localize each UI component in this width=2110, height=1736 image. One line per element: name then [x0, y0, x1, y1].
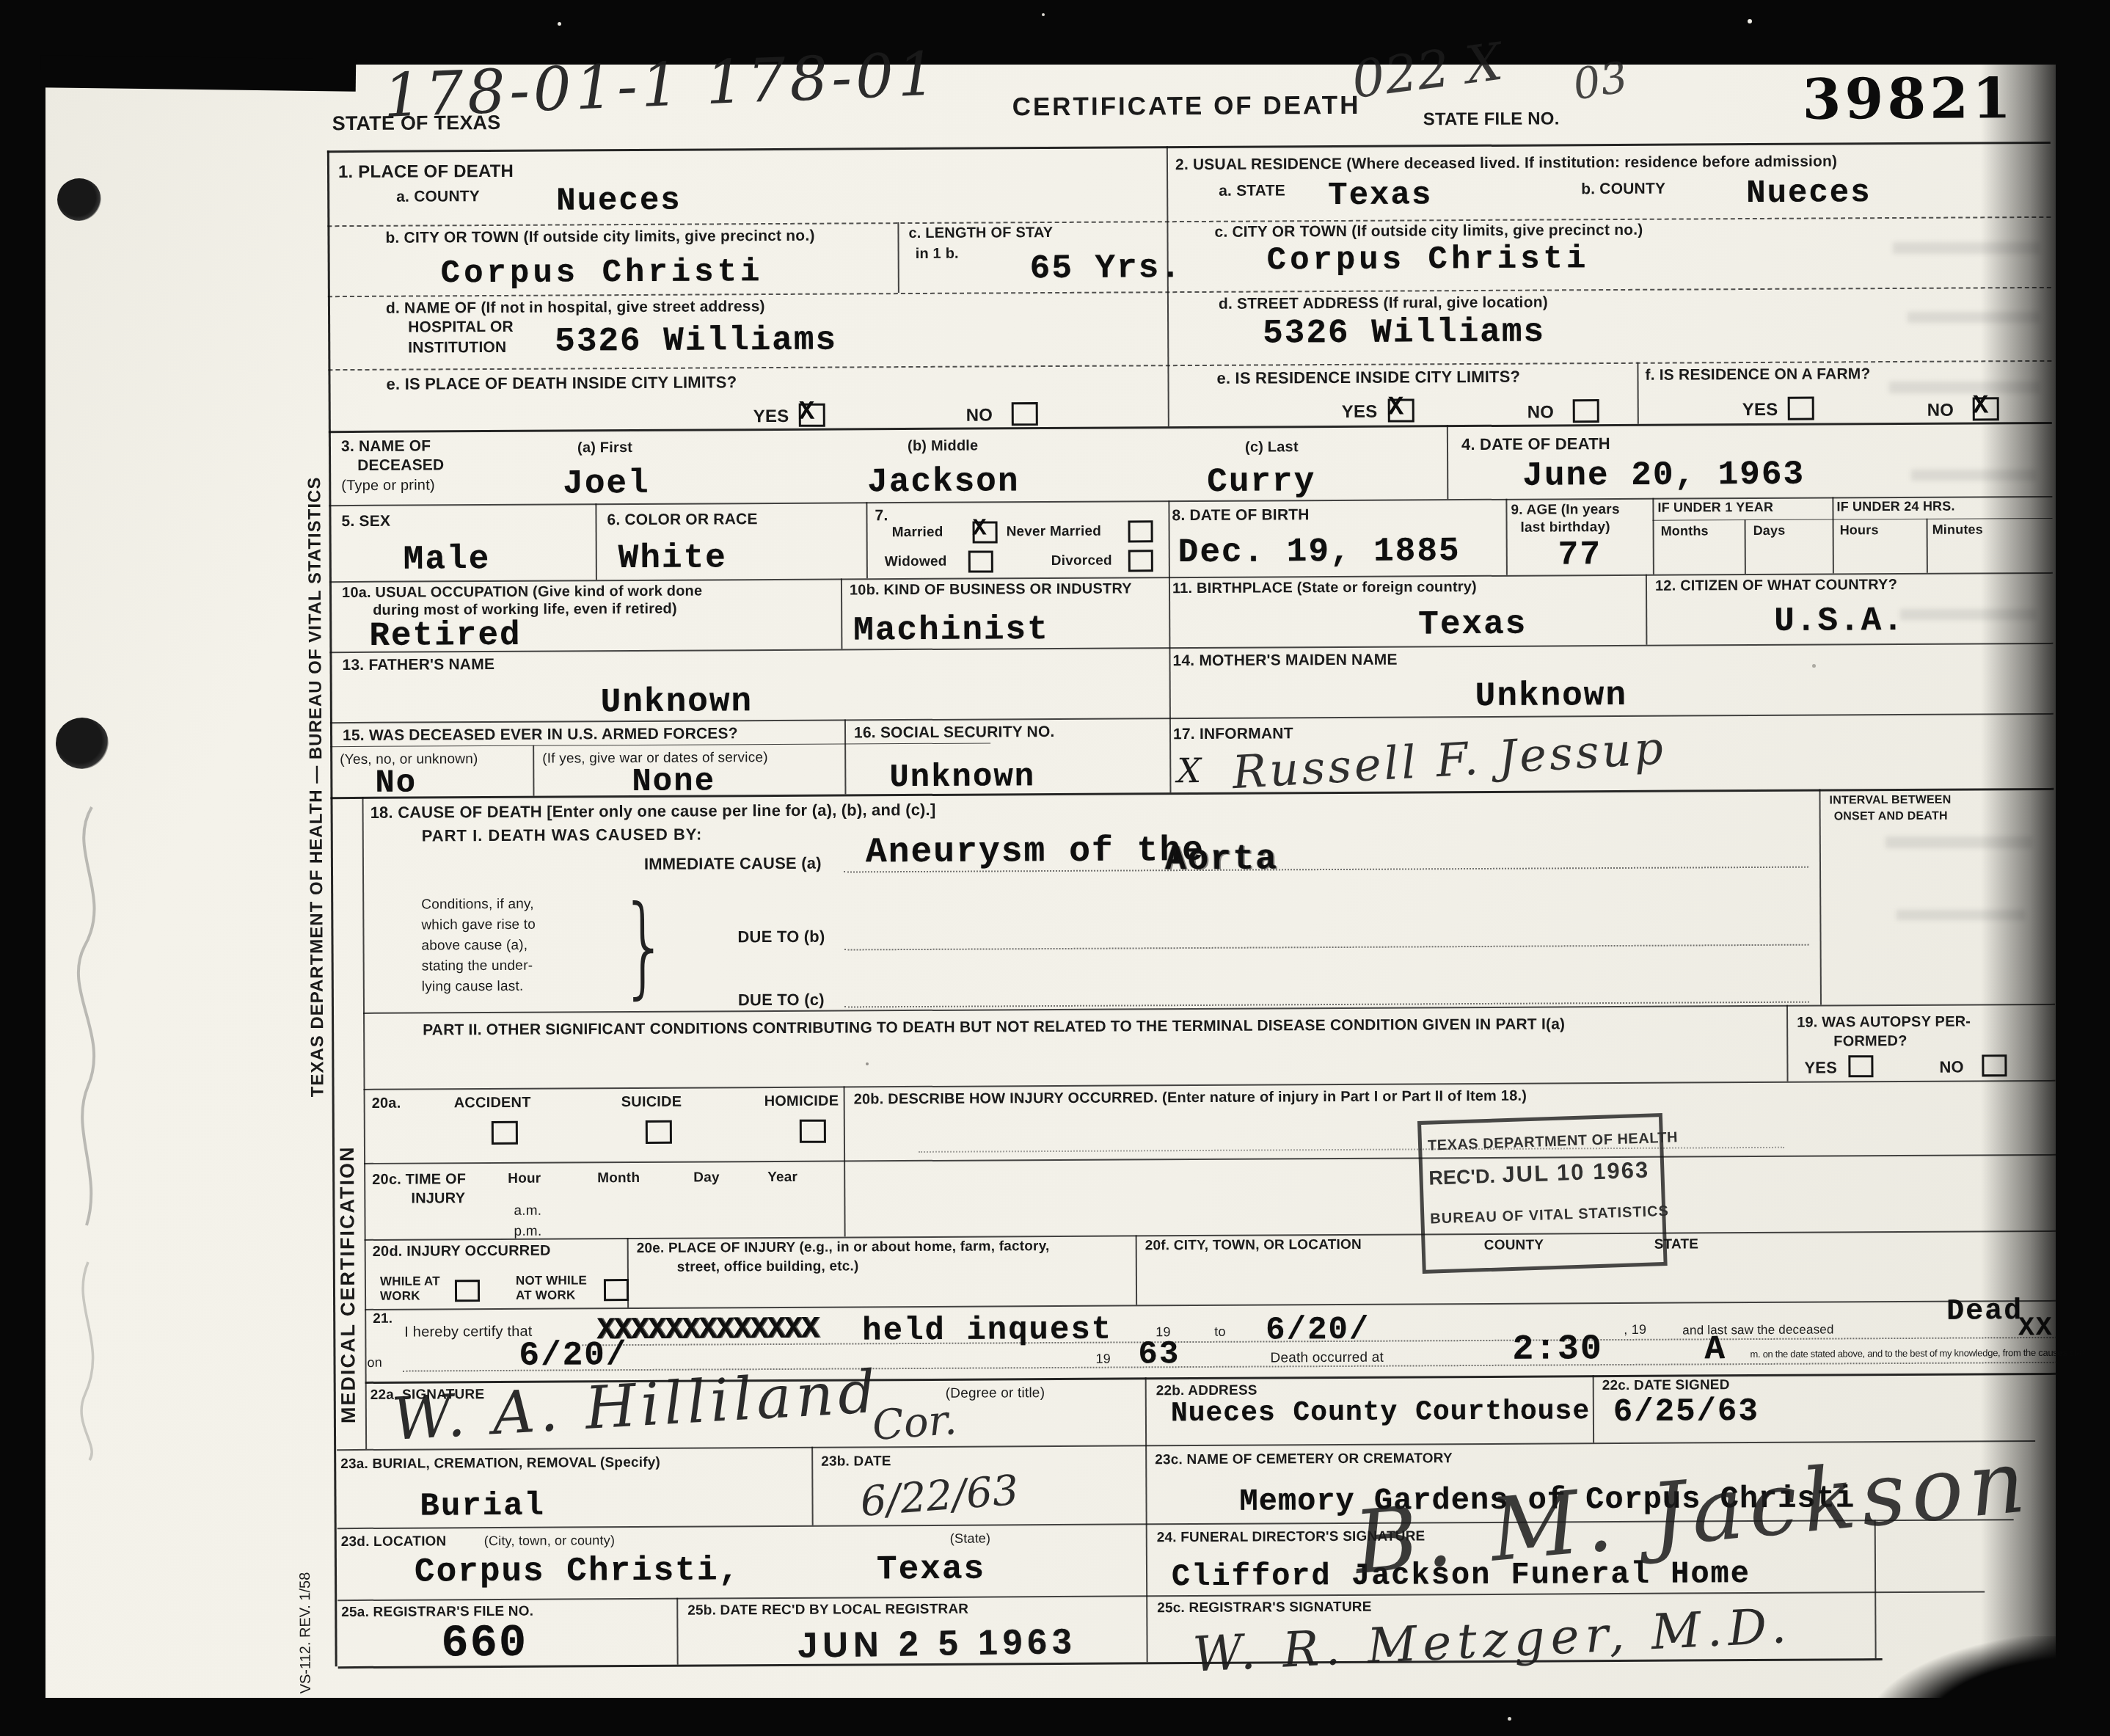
divider-line: [1786, 1005, 1789, 1082]
date-recd-label: 25b. DATE REC'D BY LOCAL REGISTRAR: [687, 1602, 968, 1619]
due-to-b-label: DUE TO (b): [737, 927, 825, 947]
divider-line: [866, 502, 868, 578]
day-label: Day: [693, 1170, 720, 1186]
date-of-death-value: June 20, 1963: [1522, 456, 1805, 495]
death-limits-yes-label: YES: [753, 406, 789, 427]
death-occurred-label: Death occurred at: [1270, 1350, 1384, 1367]
date-on-value: 6/20/: [519, 1336, 627, 1375]
burial-date-value: 6/22/63: [858, 1467, 1020, 1526]
divider-line: [1745, 519, 1746, 574]
divider-line: [329, 643, 2053, 653]
divider-line: [364, 1080, 2056, 1090]
item-20c-label: 20c. TIME OF: [372, 1171, 466, 1189]
suicide-label: SUICIDE: [621, 1094, 682, 1111]
year-blank-2: , 19: [1624, 1322, 1646, 1338]
registrar-file-no-value: 660: [441, 1617, 527, 1670]
degree-value: Cor.: [871, 1396, 959, 1450]
age-label: 9. AGE (In years: [1511, 502, 1619, 519]
immediate-cause-label: IMMEDIATE CAUSE (a): [644, 854, 822, 874]
death-city-limits-label: e. IS PLACE OF DEATH INSIDE CITY LIMITS?: [386, 373, 737, 393]
age-value: 77: [1558, 536, 1602, 574]
middle-name-value: Jackson: [867, 462, 1020, 501]
certify-text: I hereby certify that: [404, 1324, 532, 1341]
death-limits-no-label: NO: [966, 405, 993, 426]
dust-speck: [1748, 19, 1752, 23]
location-state-value: Texas: [877, 1550, 985, 1589]
residence-county-label: b. COUNTY: [1581, 180, 1665, 199]
part1-label: PART I. DEATH WAS CAUSED BY:: [422, 825, 703, 845]
divider-line: [1136, 1235, 1137, 1305]
middle-name-label: (b) Middle: [908, 438, 979, 456]
homicide-checkbox: [800, 1120, 826, 1143]
last-name-label: (c) Last: [1245, 439, 1299, 456]
autopsy-yes-checkbox: [1848, 1055, 1873, 1077]
form-left-border: [327, 150, 337, 1666]
residence-state-label: a. STATE: [1219, 182, 1285, 200]
date-signed-value: 6/25/63: [1613, 1393, 1759, 1431]
not-while-at-work-label: NOT WHILE: [516, 1273, 587, 1288]
divider-line: [1505, 499, 1508, 575]
certifier-signature: W. A. Hilliland: [390, 1357, 882, 1454]
sex-value: Male: [404, 540, 491, 579]
city-of-death-value: Corpus Christi: [441, 254, 764, 292]
date-of-birth-label: 8. DATE OF BIRTH: [1172, 506, 1309, 525]
certificate-title: CERTIFICATE OF DEATH: [1012, 91, 1360, 123]
year-19-label: 19: [1095, 1352, 1111, 1367]
divider-line: [1637, 362, 1638, 424]
armed-forces-label: 15. WAS DECEASED EVER IN U.S. ARMED FORC…: [343, 725, 738, 745]
pm-label: p.m.: [514, 1224, 542, 1240]
degree-or-title-label: (Degree or title): [946, 1385, 1045, 1402]
while-at-work-label-2: WORK: [380, 1289, 420, 1304]
received-stamp-line3: BUREAU OF VITAL STATISTICS: [1430, 1203, 1669, 1228]
item-20e-label: 20e. PLACE OF INJURY (e.g., in or about …: [637, 1239, 1050, 1257]
divider-line: [364, 1154, 2056, 1164]
divider-line: [1819, 789, 1822, 1005]
never-married-checkbox: [1128, 520, 1153, 542]
street-address-value: 5326 Williams: [1263, 313, 1545, 352]
days-label: Days: [1753, 523, 1786, 539]
name-of-deceased-label: 3. NAME OF: [341, 437, 431, 456]
occupation-value: Retired: [369, 616, 522, 655]
autopsy-label-2: FORMED?: [1833, 1033, 1907, 1051]
divider-line: [1652, 498, 1654, 575]
age-label-2: last birthday): [1521, 519, 1610, 536]
divider-line: [365, 1300, 2056, 1310]
residence-city-label: c. CITY OR TOWN (If outside city limits,…: [1214, 222, 1643, 241]
divider-line: [841, 579, 843, 649]
registrar-signature-label: 25c. REGISTRAR'S SIGNATURE: [1157, 1600, 1371, 1616]
divider-line: [1145, 1377, 1148, 1662]
last-name-value: Curry: [1207, 462, 1315, 501]
item-20a-label: 20a.: [372, 1095, 401, 1112]
residence-limits-no-checkbox: [1573, 399, 1599, 423]
divider-line: [1927, 519, 1928, 573]
armed-forces-value: No: [375, 765, 417, 802]
industry-value: Machinist: [853, 610, 1049, 649]
mother-name-value: Unknown: [1475, 676, 1628, 715]
scan-corner-shadow: [1878, 1636, 2110, 1736]
conditions-note-3: above cause (a),: [421, 938, 527, 955]
accident-label: ACCIDENT: [454, 1095, 531, 1112]
conditions-note-2: which gave rise to: [421, 917, 536, 934]
city-of-death-label: b. CITY OR TOWN (If outside city limits,…: [385, 227, 814, 247]
if-under-1-year-label: IF UNDER 1 YEAR: [1657, 500, 1773, 516]
if-under-24-hrs-label: IF UNDER 24 HRS.: [1836, 499, 1954, 515]
farm-no-label: NO: [1927, 401, 1954, 421]
handwritten-code-2: 03: [1569, 52, 1631, 110]
date-recd-stamp-value: JUN 2 5 1963: [797, 1622, 1077, 1666]
name-of-deceased-label-3: (Type or print): [341, 477, 435, 495]
marital-status-label: 7.: [875, 507, 888, 525]
item-20c-label-2: INJURY: [411, 1190, 465, 1207]
immediate-cause-value-overstrike: Aorta: [1165, 839, 1278, 880]
date-to-value: 6/20/: [1266, 1312, 1370, 1349]
race-label: 6. COLOR OR RACE: [607, 511, 757, 529]
divider-line: [1447, 425, 1449, 499]
paper-fleck: [1812, 664, 1816, 668]
x-mark: X: [972, 514, 986, 541]
hospital-label: d. NAME OF (If not in hospital, give str…: [386, 298, 765, 318]
while-at-work-checkbox: [455, 1280, 480, 1302]
length-of-stay-value: 65 Yrs.: [1030, 249, 1183, 288]
not-while-at-work-label-2: AT WORK: [516, 1288, 575, 1302]
minutes-label: Minutes: [1932, 522, 1984, 537]
hour-label: Hour: [508, 1171, 541, 1187]
usual-residence-section-label: 2. USUAL RESIDENCE (Where deceased lived…: [1175, 153, 1837, 174]
interval-label-2: ONSET AND DEATH: [1834, 810, 1948, 824]
informant-x-mark: X: [1177, 751, 1201, 790]
first-name-value: Joel: [563, 464, 650, 503]
residence-city-limits-label: e. IS RESIDENCE INSIDE CITY LIMITS?: [1216, 368, 1520, 387]
hospital-label-2: HOSPITAL OR: [408, 318, 514, 337]
part2-label: PART II. OTHER SIGNIFICANT CONDITIONS CO…: [423, 1015, 1565, 1039]
divorced-checkbox: [1128, 550, 1153, 572]
conditions-note-5: lying cause last.: [422, 979, 524, 996]
name-of-deceased-label-2: DECEASED: [357, 456, 444, 475]
x-mark: X: [1388, 393, 1404, 423]
received-stamp-line2b: JUL 10 1963: [1502, 1157, 1650, 1189]
industry-label: 10b. KIND OF BUSINESS OR INDUSTRY: [850, 580, 1132, 599]
date-of-birth-value: Dec. 19, 1885: [1178, 532, 1461, 572]
widowed-checkbox: [968, 550, 993, 572]
location-sublabel-city: (City, town, or county): [484, 1533, 615, 1549]
race-value: White: [618, 539, 727, 577]
armed-forces-service-value: None: [632, 763, 715, 800]
divorced-label: Divorced: [1051, 553, 1112, 569]
burial-value: Burial: [420, 1488, 545, 1525]
while-at-work-label: WHILE AT: [380, 1274, 440, 1288]
item-20e-label-2: street, office building, etc.): [677, 1258, 859, 1275]
autopsy-label-1: 19. WAS AUTOPSY PER-: [1797, 1013, 1971, 1031]
held-inquest-value: held inquest: [862, 1312, 1112, 1350]
months-label: Months: [1661, 523, 1709, 539]
divider-line: [327, 142, 2051, 153]
citizen-value: U.S.A.: [1774, 602, 1905, 641]
date-signed-label: 22c. DATE SIGNED: [1602, 1377, 1730, 1394]
father-name-label: 13. FATHER'S NAME: [342, 656, 494, 674]
am-pm-value: A: [1704, 1330, 1726, 1368]
death-limits-no-checkbox: [1012, 402, 1038, 426]
month-label: Month: [597, 1170, 640, 1186]
item-21-label: 21.: [373, 1311, 393, 1327]
citizen-label: 12. CITIZEN OF WHAT COUNTRY?: [1655, 577, 1897, 595]
farm-yes-checkbox: [1788, 397, 1814, 420]
divider-line: [1593, 1375, 1594, 1443]
year-63-value: 63: [1138, 1336, 1180, 1373]
never-married-label: Never Married: [1007, 524, 1101, 541]
divider-line: [811, 1447, 814, 1525]
x-mark: X: [799, 397, 815, 427]
item-20f-label: 20f. CITY, TOWN, OR LOCATION: [1145, 1237, 1362, 1254]
brace-glyph: }: [619, 883, 669, 1010]
divider-line: [1832, 497, 1834, 573]
residence-limits-yes-label: YES: [1342, 402, 1378, 423]
immediate-cause-value: Aneurysm of the: [866, 831, 1205, 872]
ssn-value: Unknown: [889, 759, 1035, 796]
address-value: Nueces County Courthouse: [1171, 1396, 1591, 1429]
item-20d-label: 20d. INJURY OCCURRED: [373, 1243, 551, 1261]
paper-fleck: [866, 1062, 869, 1065]
divider-line: [329, 422, 2052, 433]
county-of-death-label: a. COUNTY: [396, 188, 480, 206]
informant-signature: Russell F. Jessup: [1231, 721, 1668, 799]
handwritten-file-numbers: 178-01-1 178-01: [382, 40, 941, 131]
dust-speck: [558, 22, 561, 26]
autopsy-yes-label: YES: [1804, 1058, 1837, 1077]
first-name-label: (a) First: [577, 440, 632, 456]
to-label: to: [1214, 1324, 1226, 1340]
item-20b-label: 20b. DESCRIBE HOW INJURY OCCURRED. (Ente…: [854, 1088, 1527, 1109]
year-label: Year: [767, 1170, 797, 1186]
sex-label: 5. SEX: [341, 513, 390, 530]
form-code-vertical-label: VS-112. REV. 1/58: [297, 1533, 315, 1693]
residence-state-value: Texas: [1328, 177, 1432, 214]
farm-yes-label: YES: [1742, 400, 1778, 420]
divider-line: [362, 797, 367, 1449]
birthplace-value: Texas: [1418, 605, 1527, 644]
handwritten-code: 022 X: [1348, 32, 1505, 110]
burial-date-label: 23b. DATE: [821, 1454, 891, 1470]
date-of-death-label: 4. DATE OF DEATH: [1461, 434, 1610, 453]
location-label: 23d. LOCATION: [341, 1533, 447, 1550]
residence-county-value: Nueces: [1746, 175, 1872, 212]
father-name-value: Unknown: [601, 682, 753, 721]
burial-label: 23a. BURIAL, CREMATION, REMOVAL (Specify…: [340, 1455, 660, 1473]
fill-in-line: [844, 944, 1809, 951]
informant-label: 17. INFORMANT: [1173, 725, 1293, 743]
time-value: 2:30: [1512, 1330, 1602, 1370]
state-file-no-label: STATE FILE NO.: [1423, 109, 1560, 130]
location-city-value: Corpus Christi,: [415, 1551, 740, 1591]
widowed-label: Widowed: [885, 554, 947, 570]
hospital-value: 5326 Williams: [555, 321, 837, 361]
due-to-c-label: DUE TO (c): [738, 991, 825, 1010]
dust-speck: [1042, 13, 1045, 16]
hours-label: Hours: [1840, 522, 1879, 538]
residence-limits-no-label: NO: [1527, 402, 1555, 423]
divider-line: [1646, 575, 1648, 645]
county-of-death-value: Nueces: [556, 183, 682, 220]
not-while-at-work-checkbox: [604, 1279, 629, 1301]
birthplace-label: 11. BIRTHPLACE (State or foreign country…: [1172, 579, 1477, 597]
death-limits-yes-checkbox: X: [799, 404, 825, 427]
autopsy-no-label: NO: [1939, 1058, 1964, 1076]
scan-edge-shadow: [40, 55, 357, 91]
place-of-death-section-label: 1. PLACE OF DEATH: [338, 161, 514, 183]
married-label: Married: [892, 525, 943, 541]
location-sublabel-state: (State): [950, 1531, 991, 1546]
length-of-stay-label: c. LENGTH OF STAY: [908, 225, 1053, 242]
received-stamp-line2a: REC'D.: [1428, 1165, 1495, 1190]
residence-farm-label: f. IS RESIDENCE ON A FARM?: [1645, 365, 1870, 384]
length-of-stay-sublabel: in 1 b.: [916, 246, 959, 263]
conditions-note-1: Conditions, if any,: [421, 897, 534, 913]
accident-checkbox: [492, 1121, 518, 1145]
residence-limits-yes-checkbox: X: [1388, 398, 1414, 422]
mother-name-label: 14. MOTHER'S MAIDEN NAME: [1172, 652, 1397, 671]
received-stamp-line1: TEXAS DEPARTMENT OF HEALTH: [1428, 1129, 1679, 1154]
ssn-label: 16. SOCIAL SECURITY NO.: [854, 723, 1055, 743]
dust-speck: [1508, 1717, 1511, 1721]
divider-line: [330, 713, 2054, 723]
interval-label-1: INTERVAL BETWEEN: [1829, 794, 1951, 808]
cemetery-label: 23c. NAME OF CEMETERY OR CREMATORY: [1155, 1451, 1453, 1468]
divider-line: [897, 222, 899, 293]
received-stamp: TEXAS DEPARTMENT OF HEALTH REC'D. JUL 10…: [1417, 1113, 1668, 1274]
divider-line: [533, 745, 534, 796]
divider-line: [844, 719, 847, 794]
left-margin-vertical-label: TEXAS DEPARTMENT OF HEALTH — BUREAU OF V…: [304, 319, 329, 1097]
on-label: on: [367, 1355, 382, 1371]
strikeout-xs: XXXXXXXXXXXXX: [596, 1312, 818, 1349]
residence-city-value: Corpus Christi: [1267, 241, 1590, 279]
am-label: a.m.: [514, 1203, 541, 1219]
married-checkbox: X: [973, 521, 998, 543]
medical-certification-vertical-label: MEDICAL CERTIFICATION: [335, 950, 360, 1423]
suicide-checkbox: [646, 1120, 672, 1144]
conditions-note-4: stating the under-: [422, 958, 533, 975]
cause-of-death-section-label: 18. CAUSE OF DEATH [Enter only one cause…: [370, 800, 936, 822]
scan-right-shadow: [1981, 0, 2110, 1736]
divider-line: [595, 503, 597, 580]
homicide-label: HOMICIDE: [764, 1093, 839, 1111]
occupation-label: 10a. USUAL OCCUPATION (Give kind of work…: [342, 583, 702, 602]
divider-line: [676, 1598, 678, 1665]
hospital-label-3: INSTITUTION: [408, 339, 506, 357]
scanned-death-certificate: TEXAS DEPARTMENT OF HEALTH — BUREAU OF V…: [0, 0, 2110, 1736]
street-address-label: d. STREET ADDRESS (If rural, give locati…: [1219, 293, 1548, 313]
